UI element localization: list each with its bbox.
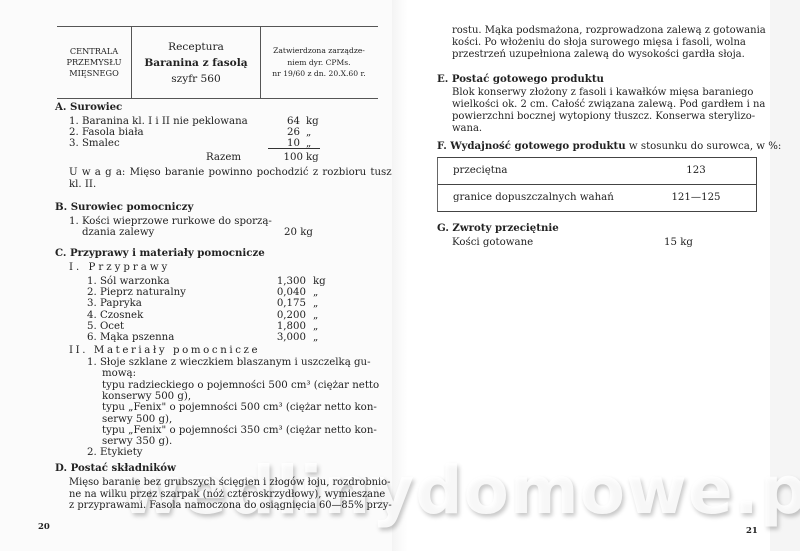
spice-label: 5. Ocet bbox=[87, 321, 124, 333]
ingredient-label: 2. Fasola biała bbox=[69, 127, 144, 139]
spice-qty: 0,200 bbox=[270, 310, 306, 322]
spice-qty: 1,300 bbox=[270, 276, 306, 288]
yield-table: przeciętna 123 granice dopuszczalnych wa… bbox=[437, 157, 757, 212]
yield-value: 121—125 bbox=[666, 192, 726, 203]
continuation-line: kości. Po włożeniu do słoja surowego mię… bbox=[452, 37, 746, 49]
section-d-line: z przyprawami. Fasola namoczona do osiąg… bbox=[69, 500, 392, 512]
ingredient-label: 1. Baranina kl. I i II nie peklowana bbox=[69, 116, 248, 128]
page-number-right: 21 bbox=[746, 526, 758, 536]
org-line: MIĘSNEGO bbox=[57, 68, 131, 79]
section-f-heading-rest: w stosunku do surowca, w %: bbox=[626, 141, 782, 152]
spice-unit: „ bbox=[313, 287, 318, 299]
note-line: U w a g a: Mięso baranie powinno pochodz… bbox=[69, 167, 392, 179]
spice-qty: 3,000 bbox=[270, 332, 306, 344]
spice-unit: „ bbox=[313, 321, 318, 333]
ingredient-unit: kg bbox=[306, 116, 319, 128]
ingredient-qty: 26 bbox=[270, 127, 300, 139]
recipe-label: Receptura bbox=[132, 39, 260, 55]
note-line: kl. II. bbox=[69, 179, 96, 191]
continuation-line: przestrzeń uzupełniona zalewą do wysokoś… bbox=[452, 49, 745, 61]
returns-item: Kości gotowane bbox=[452, 237, 533, 249]
total-unit: kg bbox=[306, 152, 319, 164]
yield-row: granice dopuszczalnych wahań 121—125 bbox=[438, 185, 756, 211]
returns-qty: 15 kg bbox=[664, 237, 693, 249]
book-gutter bbox=[392, 0, 408, 551]
material-line: mową: bbox=[102, 368, 136, 380]
material-line: typu „Fenix" o pojemności 350 cm³ (cięża… bbox=[102, 425, 377, 437]
spice-label: 4. Czosnek bbox=[87, 310, 143, 322]
material-line: serwy 500 g), bbox=[102, 414, 172, 426]
org-line: CENTRALA bbox=[57, 46, 131, 57]
section-e-line: Blok konserwy złożony z fasoli i kawałkó… bbox=[452, 87, 753, 99]
org-line: PRZEMYSŁU bbox=[57, 57, 131, 68]
section-d-heading: D. Postać składników bbox=[55, 462, 176, 474]
spice-unit: kg bbox=[313, 276, 326, 288]
spice-label: 6. Mąka pszenna bbox=[87, 332, 174, 344]
recipe-header-table: CENTRALA PRZEMYSŁU MIĘSNEGO Receptura Ba… bbox=[57, 26, 378, 99]
section-g-heading: G. Zwroty przeciętnie bbox=[437, 222, 559, 234]
spice-label: 3. Papryka bbox=[87, 298, 142, 310]
section-b-qty: 20 kg bbox=[284, 227, 313, 239]
page-number-left: 20 bbox=[38, 522, 50, 532]
material-line: 2. Etykiety bbox=[87, 447, 143, 459]
ingredient-qty: 10 bbox=[270, 138, 300, 150]
section-b-item-line: dzania zalewy bbox=[82, 227, 154, 239]
spice-unit: „ bbox=[313, 332, 318, 344]
section-d-line: Mięso baranie bez grubszych ścięgien i z… bbox=[69, 477, 390, 489]
total-label: Razem bbox=[206, 152, 241, 164]
section-b-heading: B. Surowiec pomocniczy bbox=[55, 201, 193, 213]
approval-line: Zatwierdzona zarządze- bbox=[260, 45, 378, 57]
material-line: typu „Fenix" o pojemności 500 cm³ (cięża… bbox=[102, 402, 377, 414]
product-name: Baranina z fasolą bbox=[132, 55, 260, 71]
ingredient-unit: „ bbox=[306, 127, 311, 139]
section-e-heading: E. Postać gotowego produktu bbox=[437, 73, 604, 85]
section-c-heading: C. Przyprawy i materiały pomocnicze bbox=[55, 247, 265, 259]
spices-subheading: I. Przyprawy bbox=[69, 262, 170, 274]
header-org-cell: CENTRALA PRZEMYSŁU MIĘSNEGO bbox=[57, 27, 131, 98]
spice-label: 2. Pieprz naturalny bbox=[87, 287, 186, 299]
product-code: szyfr 560 bbox=[132, 71, 260, 87]
material-line: typu radzieckiego o pojemności 500 cm³ (… bbox=[102, 380, 379, 392]
yield-value: 123 bbox=[666, 165, 726, 176]
yield-label: przeciętna bbox=[453, 165, 508, 176]
spice-unit: „ bbox=[313, 298, 318, 310]
section-e-line: wielkości ok. 2 cm. Całość związana zale… bbox=[452, 99, 765, 111]
materials-subheading: II. Materiały pomocnicze bbox=[69, 345, 260, 357]
section-f-heading: F. Wydajność gotowego produktu w stosunk… bbox=[437, 140, 781, 153]
spice-qty: 1,800 bbox=[270, 321, 306, 333]
total-qty: 100 bbox=[283, 152, 303, 164]
ingredient-qty: 64 bbox=[270, 116, 300, 128]
header-title-cell: Receptura Baranina z fasolą szyfr 560 bbox=[131, 27, 261, 98]
spice-qty: 0,040 bbox=[270, 287, 306, 299]
yield-row: przeciętna 123 bbox=[438, 158, 756, 185]
section-e-line: powierzchni bocznej wytopiony tłuszcz. K… bbox=[452, 111, 755, 123]
section-a-heading: A. Surowiec bbox=[55, 101, 122, 113]
ingredient-label: 3. Smalec bbox=[69, 138, 120, 150]
continuation-line: rostu. Mąka podsmażona, rozprowadzona za… bbox=[452, 25, 766, 37]
spice-qty: 0,175 bbox=[270, 298, 306, 310]
section-e-line: wana. bbox=[452, 123, 482, 135]
section-f-heading-bold: F. Wydajność gotowego produktu bbox=[437, 140, 626, 152]
ingredient-unit: „ bbox=[306, 138, 311, 150]
spice-label: 1. Sól warzonka bbox=[87, 276, 170, 288]
yield-label: granice dopuszczalnych wahań bbox=[453, 192, 614, 203]
approval-line: niem dyr. CPMs. bbox=[260, 57, 378, 69]
approval-line: nr 19/60 z dn. 20.X.60 r. bbox=[260, 68, 378, 80]
spice-unit: „ bbox=[313, 310, 318, 322]
material-line: 1. Słoje szklane z wieczkiem blaszanym i… bbox=[87, 357, 371, 369]
material-line: serwy 350 g). bbox=[102, 436, 172, 448]
section-d-line: ne na wilku przez szarpak (nóż czteroskr… bbox=[69, 489, 385, 501]
header-approval-cell: Zatwierdzona zarządze- niem dyr. CPMs. n… bbox=[260, 27, 378, 98]
page-edge bbox=[770, 0, 800, 551]
